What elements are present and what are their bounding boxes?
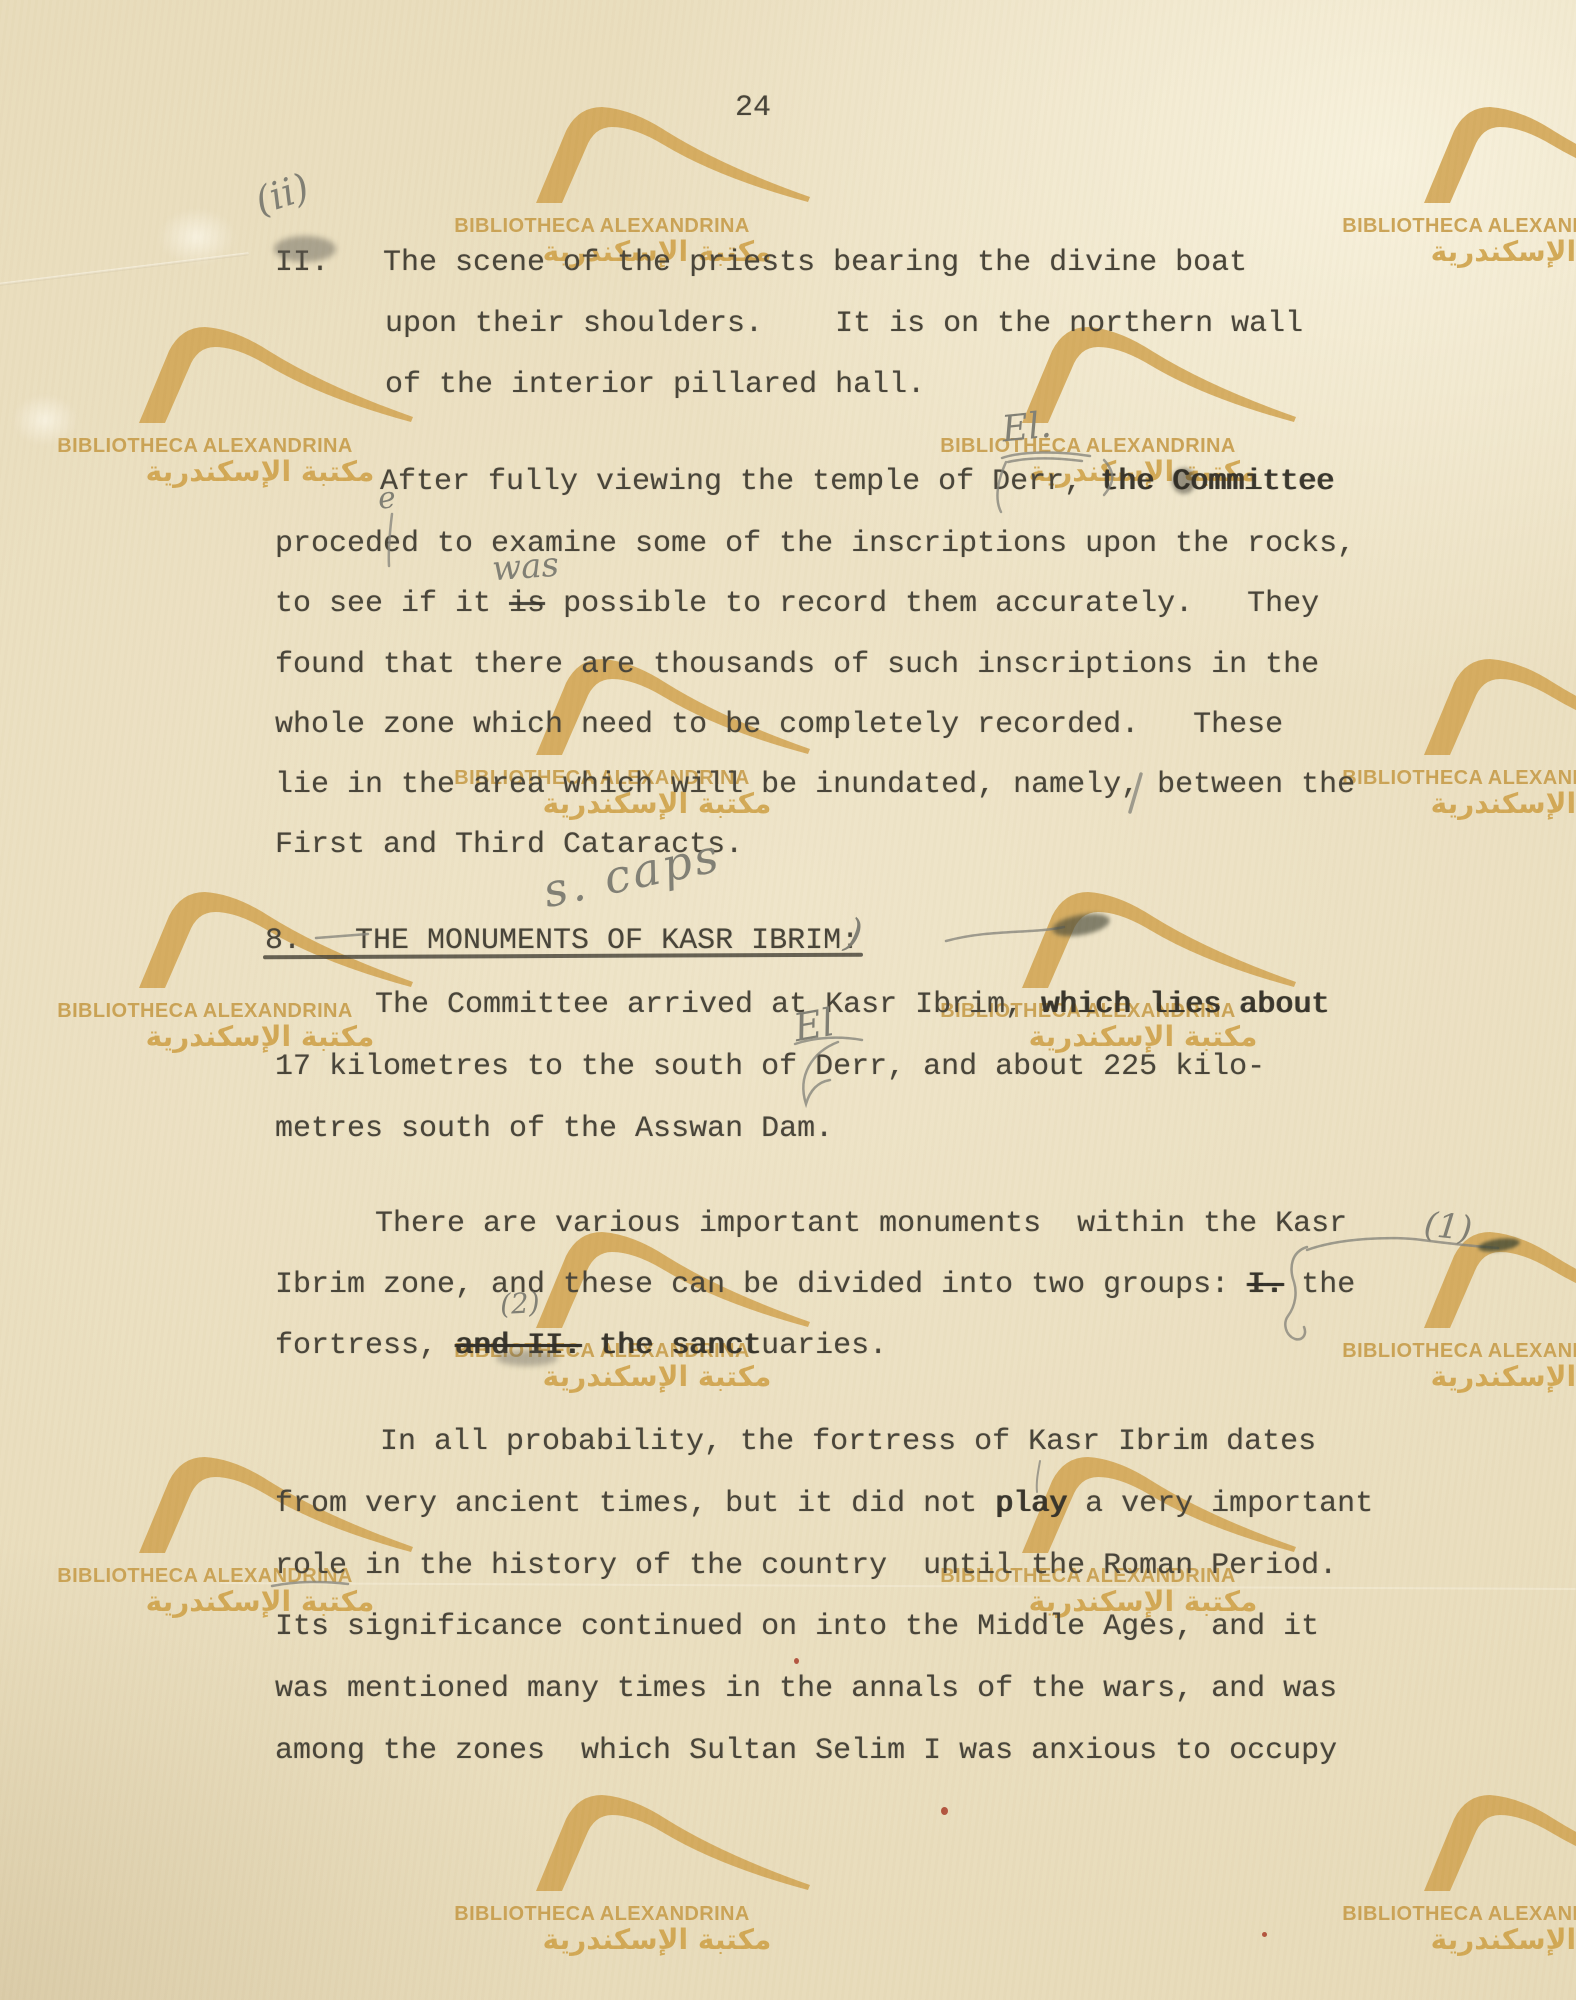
red-fleck (941, 1807, 948, 1815)
pencil-play-tick (1037, 1461, 1040, 1492)
pencil-long-stroke (1307, 1238, 1498, 1250)
pencil-strokes (0, 0, 1576, 2000)
pencil-el2-curl (803, 1042, 838, 1104)
pencil-heading-stroke (946, 927, 1064, 941)
pencil-el-hook (997, 462, 1006, 512)
red-fleck (794, 1658, 799, 1664)
pencil-role-underline (272, 1582, 348, 1586)
red-fleck (1262, 1932, 1267, 1937)
pencil-insert-line (389, 514, 392, 566)
pencil-el-underline (1002, 452, 1090, 458)
pencil-caret (1104, 460, 1112, 495)
pencil-el2-underline (795, 1038, 862, 1044)
scanned-typescript-page: BIBLIOTHECA ALEXANDRINAمكتبة الإسكندريةB… (0, 0, 1576, 2000)
pencil-heading-dash (316, 934, 368, 938)
pencil-brace (1285, 1247, 1307, 1339)
pencil-namely-slash (1130, 774, 1141, 812)
pencil-el-underline (1008, 459, 1082, 463)
